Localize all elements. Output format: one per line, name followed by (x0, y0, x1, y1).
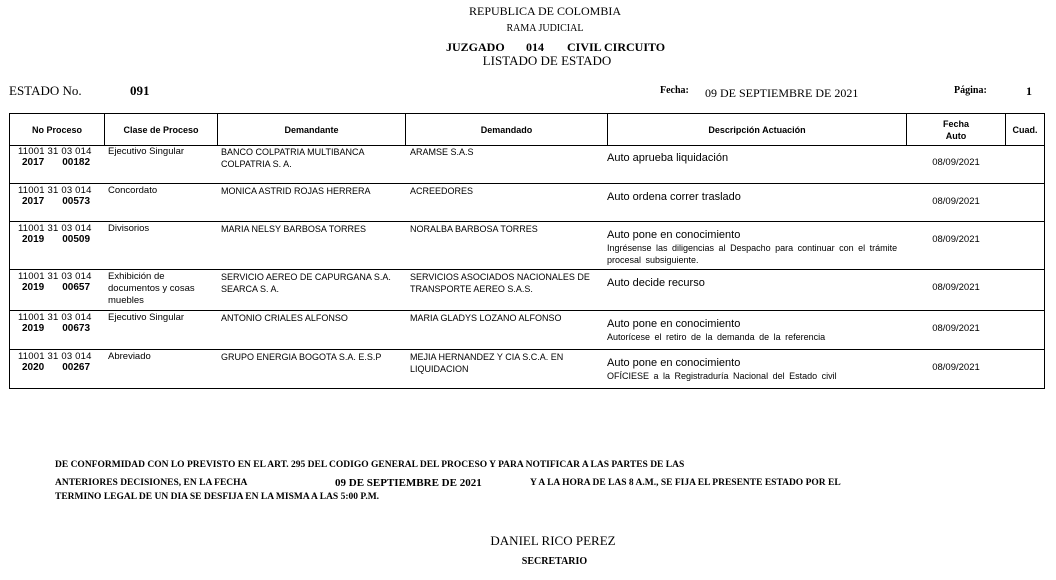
fecha-auto: 08/09/2021 (906, 196, 1006, 208)
fecha-auto: 08/09/2021 (906, 323, 1006, 335)
date-label: Fecha: (660, 85, 689, 96)
demandado: ARAMSE S.A.S (410, 146, 605, 158)
proceso-year: 2020 (22, 362, 44, 373)
notice-line-1: DE CONFORMIDAD CON LO PREVISTO EN EL ART… (55, 460, 684, 470)
proceso-year: 2019 (22, 234, 44, 245)
proceso-number: 00657 (62, 282, 90, 293)
column-header-clase: Clase de Proceso (105, 114, 218, 145)
country-title: REPUBLICA DE COLOMBIA (0, 4, 1056, 19)
document-title: LISTADO DE ESTADO (0, 53, 1056, 69)
proceso-number: 00673 (62, 323, 90, 334)
proceso-id: 201900673 (22, 323, 90, 335)
page-number: 1 (1026, 84, 1032, 99)
actuacion-detalle: Autorícese el retiro de la demanda de la… (607, 331, 907, 343)
column-header-cuad: Cuad. (1006, 114, 1044, 145)
actuacion: Auto pone en conocimiento (607, 356, 907, 370)
descripcion-actuacion: Auto pone en conocimientoAutorícese el r… (607, 317, 907, 343)
signer-role: SECRETARIO (0, 556, 1056, 567)
descripcion-actuacion: Auto pone en conocimiento Ingrésense las… (607, 228, 907, 266)
proceso-id: 201700573 (22, 196, 90, 208)
proceso-number: 00509 (62, 234, 90, 245)
column-header-descripcion: Descripción Actuación (608, 114, 907, 145)
demandado: MEJIA HERNANDEZ Y CIA S.C.A. EN LIQUIDAC… (410, 351, 605, 375)
demandado: SERVICIOS ASOCIADOS NACIONALES DE TRANSP… (410, 271, 605, 295)
column-header-fecha-auto: Fecha Auto (907, 114, 1006, 145)
proceso-year: 2017 (22, 196, 44, 207)
notice-line-2-suffix: Y A LA HORA DE LAS 8 A.M., SE FIJA EL PR… (530, 478, 841, 488)
actuacion: Auto decide recurso (607, 276, 907, 290)
proceso-year: 2019 (22, 323, 44, 334)
demandante: ANTONIO CRIALES ALFONSO (221, 312, 406, 324)
fecha-auto: 08/09/2021 (906, 234, 1006, 246)
clase-proceso: Exhibición de documentos y cosas muebles (108, 271, 218, 307)
proceso-year: 2017 (22, 157, 44, 168)
proceso-id: 201700182 (22, 157, 90, 169)
proceso-id: 201900509 (22, 234, 90, 246)
column-header-demandante: Demandante (218, 114, 406, 145)
demandado: ACREEDORES (410, 185, 605, 197)
column-header-demandado: Demandado (406, 114, 608, 145)
actuacion: Auto ordena correr traslado (607, 190, 907, 204)
estado-number: 091 (130, 83, 150, 99)
demandante: BANCO COLPATRIA MULTIBANCA COLPATRIA S. … (221, 146, 406, 170)
signer-name: DANIEL RICO PEREZ (0, 533, 1056, 549)
table-row: 11001 31 03 014201900509DivisoriosMARIA … (10, 222, 1044, 270)
date-value: 09 DE SEPTIEMBRE DE 2021 (705, 86, 858, 101)
fecha-auto: 08/09/2021 (906, 362, 1006, 374)
fecha-auto: 08/09/2021 (906, 282, 1006, 294)
descripcion-actuacion: Auto decide recurso (607, 276, 907, 290)
proceso-year: 2019 (22, 282, 44, 293)
clase-proceso: Ejecutivo Singular (108, 312, 218, 324)
actuacion: Auto aprueba liquidación (607, 151, 907, 165)
actuacion-detalle: Ingrésense las diligencias al Despacho p… (607, 242, 907, 266)
proceso-number: 00182 (62, 157, 90, 168)
descripcion-actuacion: Auto pone en conocimientoOFÍCIESE a la R… (607, 356, 907, 382)
demandado: NORALBA BARBOSA TORRES (410, 223, 605, 235)
table-header: No Proceso Clase de Proceso Demandante D… (10, 114, 1044, 146)
descripcion-actuacion: Auto aprueba liquidación (607, 151, 907, 165)
notice-date: 09 DE SEPTIEMBRE DE 2021 (335, 477, 482, 489)
actuacion: Auto pone en conocimiento (607, 317, 907, 331)
proceso-id: 201900657 (22, 282, 90, 294)
column-header-no-proceso: No Proceso (10, 114, 105, 145)
branch-title: RAMA JUDICIAL (0, 23, 1056, 34)
page-label: Página: (954, 85, 987, 96)
actuacion-detalle: OFÍCIESE a la Registraduría Nacional del… (607, 370, 907, 382)
table-row: 11001 31 03 014201700182Ejecutivo Singul… (10, 145, 1044, 184)
notice-line-3: TERMINO LEGAL DE UN DIA SE DESFIJA EN LA… (55, 492, 379, 502)
clase-proceso: Abreviado (108, 351, 218, 363)
clase-proceso: Ejecutivo Singular (108, 146, 218, 158)
table-row: 11001 31 03 014201900657Exhibición de do… (10, 270, 1044, 311)
demandante: MARIA NELSY BARBOSA TORRES (221, 223, 406, 235)
table-row: 11001 31 03 014202000267AbreviadoGRUPO E… (10, 350, 1044, 389)
proceso-number: 00573 (62, 196, 90, 207)
clase-proceso: Divisorios (108, 223, 218, 235)
table-row: 11001 31 03 014201900673Ejecutivo Singul… (10, 311, 1044, 350)
descripcion-actuacion: Auto ordena correr traslado (607, 190, 907, 204)
fecha-auto: 08/09/2021 (906, 157, 1006, 169)
demandante: SERVICIO AEREO DE CAPURGANA S.A. SEARCA … (221, 271, 406, 295)
proceso-number: 00267 (62, 362, 90, 373)
notice-line-2-prefix: ANTERIORES DECISIONES, EN LA FECHA (55, 478, 247, 488)
table-row: 11001 31 03 014201700573ConcordatoMONICA… (10, 184, 1044, 222)
clase-proceso: Concordato (108, 185, 218, 197)
demandado: MARIA GLADYS LOZANO ALFONSO (410, 312, 605, 324)
estado-table: No Proceso Clase de Proceso Demandante D… (9, 113, 1045, 389)
proceso-id: 202000267 (22, 362, 90, 374)
demandante: MONICA ASTRID ROJAS HERRERA (221, 185, 406, 197)
demandante: GRUPO ENERGIA BOGOTA S.A. E.S.P (221, 351, 406, 363)
actuacion: Auto pone en conocimiento (607, 228, 907, 242)
estado-label: ESTADO No. (9, 83, 82, 99)
